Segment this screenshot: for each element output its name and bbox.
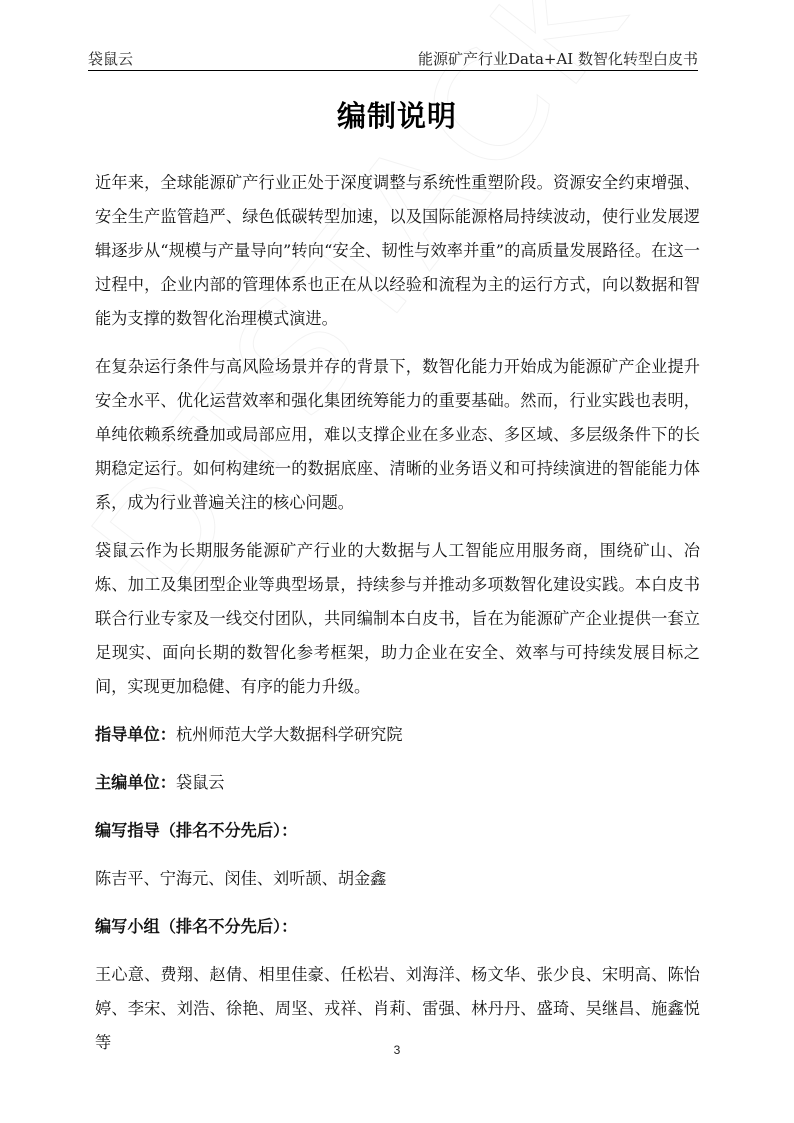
paragraph-background: 在复杂运行条件与高风险场景并存的背景下，数智化能力开始成为能源矿产企业提升安全水… [95, 350, 700, 520]
page-title: 编制说明 [0, 94, 794, 135]
paragraph-intro: 近年来，全球能源矿产行业正处于深度调整与系统性重塑阶段。资源安全约束增强、安全生… [95, 166, 700, 336]
page-number: 3 [0, 1043, 794, 1057]
paragraph-about: 袋鼠云作为长期服务能源矿产行业的大数据与人工智能应用服务商，围绕矿山、冶炼、加工… [95, 534, 700, 704]
editor-unit-value: 袋鼠云 [176, 773, 225, 792]
header-document-title: 能源矿产行业Data+AI 数智化转型白皮书 [418, 48, 698, 69]
guidance-unit-value: 杭州师范大学大数据科学研究院 [176, 725, 403, 744]
writing-group-label: 编写小组（排名不分先后）： [95, 917, 297, 936]
writing-group-heading: 编写小组（排名不分先后）： [95, 910, 700, 944]
editor-unit: 主编单位：袋鼠云 [95, 766, 700, 800]
header-brand: 袋鼠云 [88, 48, 133, 69]
editor-unit-label: 主编单位： [95, 773, 176, 792]
document-body: 近年来，全球能源矿产行业正处于深度调整与系统性重塑阶段。资源安全约束增强、安全生… [95, 166, 700, 1060]
page-header: 袋鼠云 能源矿产行业Data+AI 数智化转型白皮书 [88, 44, 698, 71]
writing-guidance-names: 陈吉平、宁海元、闵佳、刘听颉、胡金鑫 [95, 862, 700, 896]
writing-guidance-heading: 编写指导（排名不分先后）： [95, 814, 700, 848]
guidance-unit-label: 指导单位： [95, 725, 176, 744]
writing-guidance-label: 编写指导（排名不分先后）： [95, 821, 297, 840]
guidance-unit: 指导单位：杭州师范大学大数据科学研究院 [95, 718, 700, 752]
